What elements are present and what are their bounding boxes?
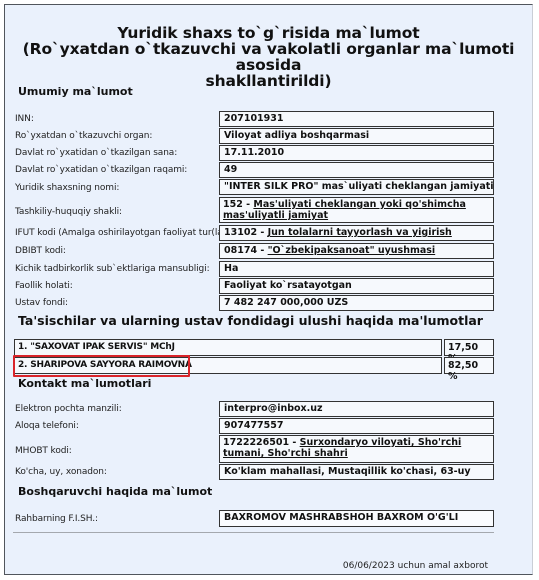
field-label: MHOBT kodi: xyxy=(15,446,72,456)
field-value-ifut-code: 13102 - Jun tolalarni tayyorlash va yigi… xyxy=(219,225,494,241)
title-line-2: (Ro`yxatdan o`tkazuvchi va vakolatli org… xyxy=(5,41,532,73)
field-label: Ustav fondi: xyxy=(15,298,68,308)
field-value-inn: 207101931 xyxy=(219,111,494,127)
title-line-1: Yuridik shaxs to`g`risida ma`lumot xyxy=(5,25,532,41)
mhobt-code: 1722226501 - xyxy=(223,437,300,448)
founder-name: 1. "SAXOVAT IPAK SERVIS" MChJ xyxy=(14,339,442,356)
dbibt-link[interactable]: "O`zbekipaksanoat" uyushmasi xyxy=(268,245,436,256)
field-label: Aloqa telefoni: xyxy=(15,421,79,431)
field-value-entity-name: "INTER SILK PRO" mas`uliyati cheklangan … xyxy=(219,179,494,195)
field-label: Tashkiliy-huquqiy shakli: xyxy=(15,207,122,217)
field-value-street-address: Ko'klam mahallasi, Mustaqillik ko'chasi,… xyxy=(219,464,494,480)
ifut-link[interactable]: Jun tolalarni tayyorlash va yigirish xyxy=(268,227,452,238)
divider xyxy=(13,532,494,533)
contact-heading: Kontakt ma`lumotlari xyxy=(18,377,151,390)
field-label: Kichik tadbirkorlik sub`ektlariga mansub… xyxy=(15,264,210,274)
red-highlight-box xyxy=(13,355,190,377)
field-value-phone: 907477557 xyxy=(219,418,494,434)
field-label: IFUT kodi (Amalga oshirilayotgan faoliya… xyxy=(15,228,238,238)
field-value-dbibt-code: 08174 - "O`zbekipaksanoat" uyushmasi xyxy=(219,243,494,259)
field-value-mhobt-code: 1722226501 - Surxondaryo viloyati, Sho'r… xyxy=(219,435,494,463)
field-value-registration-date: 17.11.2010 xyxy=(219,145,494,161)
document-frame: Yuridik shaxs to`g`risida ma`lumot (Ro`y… xyxy=(4,4,533,575)
field-value-registration-number: 49 xyxy=(219,162,494,178)
dbibt-code: 08174 - xyxy=(224,245,268,256)
field-label: Davlat ro`yxatidan o`tkazilgan raqami: xyxy=(15,165,187,175)
page-title: Yuridik shaxs to`g`risida ma`lumot (Ro`y… xyxy=(5,25,532,89)
field-value-legal-form: 152 - Mas'uliyati cheklangan yoki qo'shi… xyxy=(219,197,494,223)
footer-validity-date: 06/06/2023 uchun amal axborot xyxy=(343,561,488,571)
founders-heading: Ta'sischilar va ularning ustav fondidagi… xyxy=(18,313,483,328)
field-label: Yuridik shaxsning nomi: xyxy=(15,183,119,193)
field-value-charter-fund: 7 482 247 000,000 UZS xyxy=(219,295,494,311)
field-value-registering-organ: Viloyat adliya boshqarmasi xyxy=(219,128,494,144)
legal-form-code: 152 - xyxy=(223,199,253,210)
field-label: INN: xyxy=(15,114,34,124)
general-heading: Umumiy ma`lumot xyxy=(18,85,133,98)
founder-row: 1. "SAXOVAT IPAK SERVIS" MChJ 17,50 % xyxy=(14,339,494,356)
field-label: Faollik holati: xyxy=(15,281,73,291)
field-value-activity-status: Faoliyat ko`rsatayotgan xyxy=(219,278,494,294)
manager-heading: Boshqaruvchi haqida ma`lumot xyxy=(18,485,212,498)
ifut-code: 13102 - xyxy=(224,227,268,238)
founder-share: 82,50 % xyxy=(444,357,494,374)
field-value-manager-name: BAXROMOV MASHRABSHOH BAXROM O'G'LI xyxy=(219,510,494,527)
field-label: Elektron pochta manzili: xyxy=(15,404,122,414)
field-value-email: interpro@inbox.uz xyxy=(219,401,494,417)
legal-form-link[interactable]: Mas'uliyati cheklangan yoki qo'shimcha m… xyxy=(223,199,466,221)
founder-share: 17,50 % xyxy=(444,339,494,356)
field-label: Ko'cha, uy, xonadon: xyxy=(15,467,107,477)
field-label: DBIBT kodi: xyxy=(15,246,66,256)
field-label: Ro`yxatdan o`tkazuvchi organ: xyxy=(15,131,152,141)
field-label: Davlat ro`yxatidan o`tkazilgan sana: xyxy=(15,148,177,158)
field-value-small-business: Ha xyxy=(219,261,494,277)
field-label: Rahbarning F.I.SH.: xyxy=(15,514,98,524)
